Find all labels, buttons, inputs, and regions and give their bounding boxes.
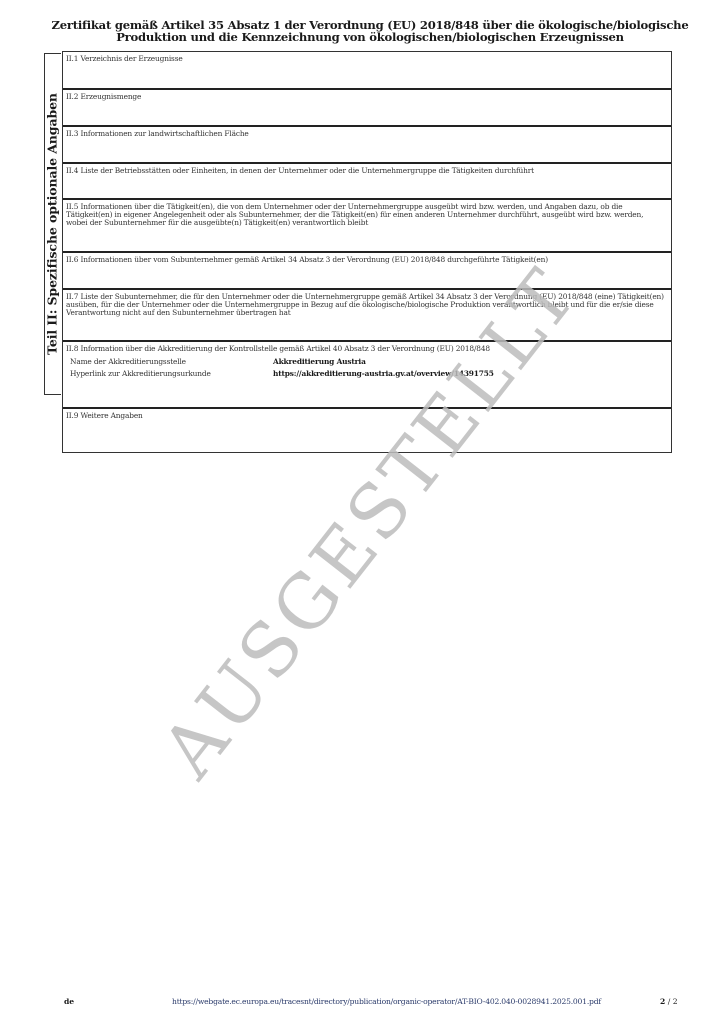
row-II-5: II.5 Informationen über die Tätigkeit(en… [63, 198, 671, 251]
row-label: II.4 Liste der Betriebsstätten oder Einh… [66, 166, 534, 175]
row-II-6: II.6 Informationen über vom Subunternehm… [63, 251, 671, 288]
footer-document-url[interactable]: https://webgate.ec.europa.eu/tracesnt/di… [172, 997, 601, 1006]
accreditation-certificate-link[interactable]: https://akkreditierung-austria.gv.at/ove… [273, 370, 494, 378]
row-label: II.2 Erzeugnismenge [66, 92, 141, 101]
accreditation-link-field: Hyperlink zur Akkreditierungsurkunde htt… [66, 370, 667, 378]
row-II-9: II.9 Weitere Angaben [63, 407, 671, 452]
footer-page-number: 2 / 2 [660, 997, 678, 1006]
row-label: II.9 Weitere Angaben [66, 411, 143, 420]
row-label: II.6 Informationen über vom Subunternehm… [66, 255, 548, 264]
footer-language: de [64, 997, 74, 1006]
certificate-title: Zertifikat gemäß Artikel 35 Absatz 1 der… [40, 19, 700, 43]
row-II-4: II.4 Liste der Betriebsstätten oder Einh… [63, 162, 671, 198]
row-II-8: II.8 Information über die Akkreditierung… [63, 340, 671, 407]
row-II-7: II.7 Liste der Subunternehmer, die für d… [63, 288, 671, 340]
row-II-3: II.3 Informationen zur landwirtschaftlic… [63, 125, 671, 162]
page-separator: / [665, 997, 672, 1006]
row-label: II.3 Informationen zur landwirtschaftlic… [66, 129, 249, 138]
row-label: II.5 Informationen über die Tätigkeit(en… [66, 202, 643, 227]
row-label: II.8 Information über die Akkreditierung… [66, 344, 490, 353]
accreditation-body-field: Name der Akkreditierungsstelle Akkrediti… [66, 358, 667, 366]
row-II-2: II.2 Erzeugnismenge [63, 88, 671, 125]
optional-details-table: II.1 Verzeichnis der Erzeugnisse II.2 Er… [62, 51, 672, 453]
page-total: 2 [673, 997, 678, 1006]
title-line-2: Produktion und die Kennzeichnung von öko… [40, 31, 700, 43]
row-II-1: II.1 Verzeichnis der Erzeugnisse [63, 52, 671, 88]
field-label: Hyperlink zur Akkreditierungsurkunde [70, 370, 273, 378]
field-label: Name der Akkreditierungsstelle [70, 358, 273, 366]
row-label: II.1 Verzeichnis der Erzeugnisse [66, 54, 183, 63]
section-label: Teil II: Spezifische optionale Angaben [45, 93, 60, 355]
row-label: II.7 Liste der Subunternehmer, die für d… [66, 292, 664, 317]
accreditation-body-name: Akkreditierung Austria [273, 358, 366, 366]
